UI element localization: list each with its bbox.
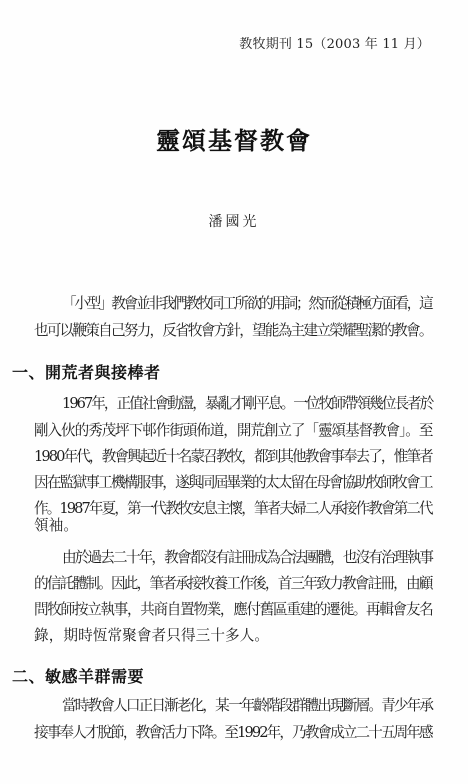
document-page: 教牧期刊 15（2003 年 11 月） 靈頌基督教會 潘國光 「小型」教會並非… — [0, 0, 468, 784]
body-line: 1967年，正值社會動盪，暴亂才剛平息。一位牧師帶領幾位長者於 — [62, 392, 432, 413]
intro-line: 也可以鞭策自己努力，反省牧會方針，望能為主建立榮耀聖潔的教會。 — [34, 319, 432, 340]
body-line: 1980年代，教會興起近十名蒙召教牧，都到其他教會事奉去了，惟筆者 — [34, 445, 432, 466]
body-line: 剛入伙的秀茂坪下邨作街頭佈道，開荒創立了「靈頌基督教會」。至 — [34, 419, 432, 440]
body-line: 的信託體制。因此，筆者承接牧養工作後，首三年致力教會註冊，由顧 — [34, 572, 432, 593]
article-title: 靈頌基督教會 — [0, 121, 468, 156]
body-line: 由於過去二十年，教會都沒有註冊成為合法團體，也沒有治理執事 — [62, 546, 432, 567]
body-line: 接事奉人才脫節，教會活力下降。至1992年，乃教會成立二十五周年感 — [34, 721, 432, 742]
body-line: 問牧師按立執事，共商自置物業，應付舊區重建的遷徙。再輯會友名 — [34, 598, 432, 619]
section-heading: 一、開荒者與接棒者 — [12, 360, 161, 383]
body-line: 錄，期時恆常聚會者只得三十多人。 — [34, 624, 269, 645]
body-line: 當時教會人口正日漸老化，某一年齡階段群體出現斷層。青少年承 — [62, 694, 432, 715]
intro-line: 「小型」教會並非我們教牧同工所欲的用詞；然而從積極方面看，這 — [62, 292, 431, 313]
body-line: 領袖。 — [34, 514, 78, 535]
body-line: 作。1987年夏，第一代教牧安息主懷，筆者夫婦二人承接作教會第二代 — [34, 497, 432, 518]
section-heading: 二、敏感羊群需要 — [12, 664, 144, 687]
body-line: 因在監獄事工機構服事，遂與同屆畢業的太太留在母會協助牧師牧會工 — [34, 471, 432, 492]
journal-reference: 教牧期刊 15（2003 年 11 月） — [239, 33, 430, 52]
article-author: 潘國光 — [0, 211, 468, 231]
